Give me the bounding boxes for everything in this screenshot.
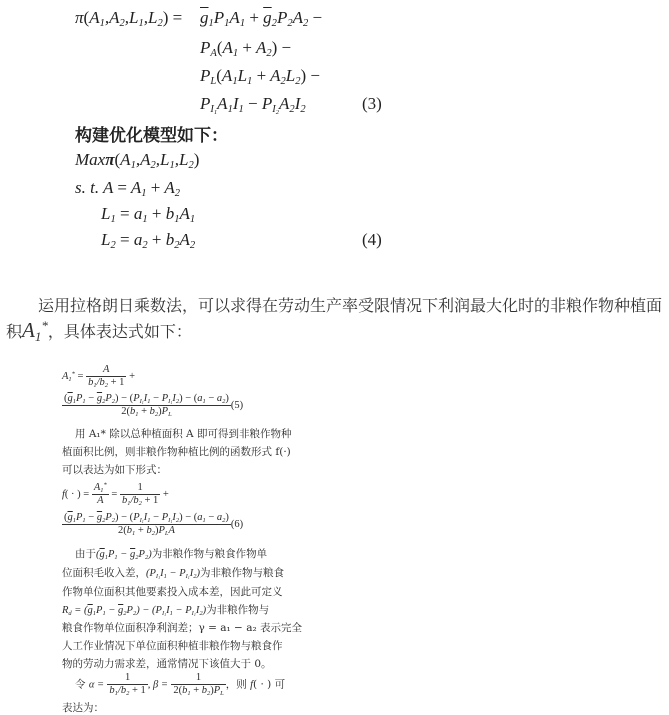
equation-5-line-1: A1* = Ab1/b2 + 1 + — [62, 364, 135, 389]
paragraph-line-2: 积A1*，具体表达式如下： — [6, 318, 192, 343]
equation-3-line-3: PL(A1L1 + A2L2) − — [200, 66, 320, 86]
equation-3-line-1-lhs: π(A1,A2,L1,L2) = — [75, 8, 182, 28]
text-block-2-line-3: 作物单位面积其他要素投入成本差，因此可定义 — [62, 584, 283, 599]
equation-4-constraint-3: L2 = a2 + b2A2 — [101, 230, 195, 250]
paragraph-prefix: 积 — [6, 322, 22, 341]
text-block-1-line-3: 可以表达为如下形式： — [62, 462, 167, 477]
equation-6-line-2: (g1P1 − g2P2) − (PI1I1 − PI1I2) − (a1 − … — [62, 512, 243, 537]
equation-4-constraint-1: s. t. A = A1 + A2 — [75, 178, 180, 198]
equation-6-number: (6) — [231, 519, 243, 530]
text-block-2-line-7: 物的劳动力需求差，通常情况下该值大于 0。 — [62, 656, 272, 671]
paragraph-line-1: 运用拉格朗日乘数法，可以求得在劳动生产率受限情况下利润最大化时的非粮作物种植面 — [38, 293, 662, 316]
text-block-2-line-1: 由于(g1P1 − g2P2)为非粮作物与粮食作物单 — [75, 546, 267, 561]
equation-6-line-1: f( · ) = A1*A = 1b1/b2 + 1 + — [62, 482, 169, 507]
equation-4-constraint-2: L1 = a1 + b1A1 — [101, 204, 195, 224]
paragraph-suffix: ，具体表达式如下： — [48, 322, 192, 341]
text-block-1-line-1: 用 A₁* 除以总种植面积 A 即可得到非粮作物种 — [75, 426, 291, 441]
text-block-1-line-2: 植面积比例，则非粮作物种植比例的函数形式 f(·) — [62, 444, 291, 459]
model-intro-text: 构建优化模型如下： — [75, 121, 228, 146]
text-block-2-line-6: 人工作业情况下单位面积种植非粮作物与粮食作 — [62, 638, 283, 653]
equation-5-line-2: (g1P1 − g2P2) − (PI1I1 − PI1I2) − (a1 − … — [62, 393, 243, 418]
text-block-2-line-2: 位面积毛收入差，(PI1I1 − PI1I2)为非粮作物与粮食 — [62, 565, 284, 580]
equation-4-number: (4) — [362, 230, 382, 250]
text-block-2-line-4: Rd = (g1P1 − g2P2) − (PI1I1 − PI1I2)为非粮作… — [62, 602, 269, 617]
equation-5-number: (5) — [231, 400, 243, 411]
equation-7-line-1: 令 α = 1b1/b2 + 1, β = 12(b1 + b2)PL，则 f(… — [75, 672, 285, 697]
equation-3-line-1-rhs: g1P1A1 + g2P2A2 − — [200, 8, 322, 28]
equation-4-objective: Maxπ(A1,A2,L1,L2) — [75, 150, 199, 170]
equation-3-line-4: PI1A1I1 − PI2A2I2 — [200, 94, 306, 114]
text-block-2-line-5: 粮食作物单位面积净利润差；γ = a₁ − a₂ 表示完全 — [62, 620, 302, 635]
equation-3-number: (3) — [362, 94, 382, 114]
equation-3-line-2: PA(A1 + A2) − — [200, 38, 291, 58]
equation-7-line-2: 表达为： — [62, 700, 104, 715]
